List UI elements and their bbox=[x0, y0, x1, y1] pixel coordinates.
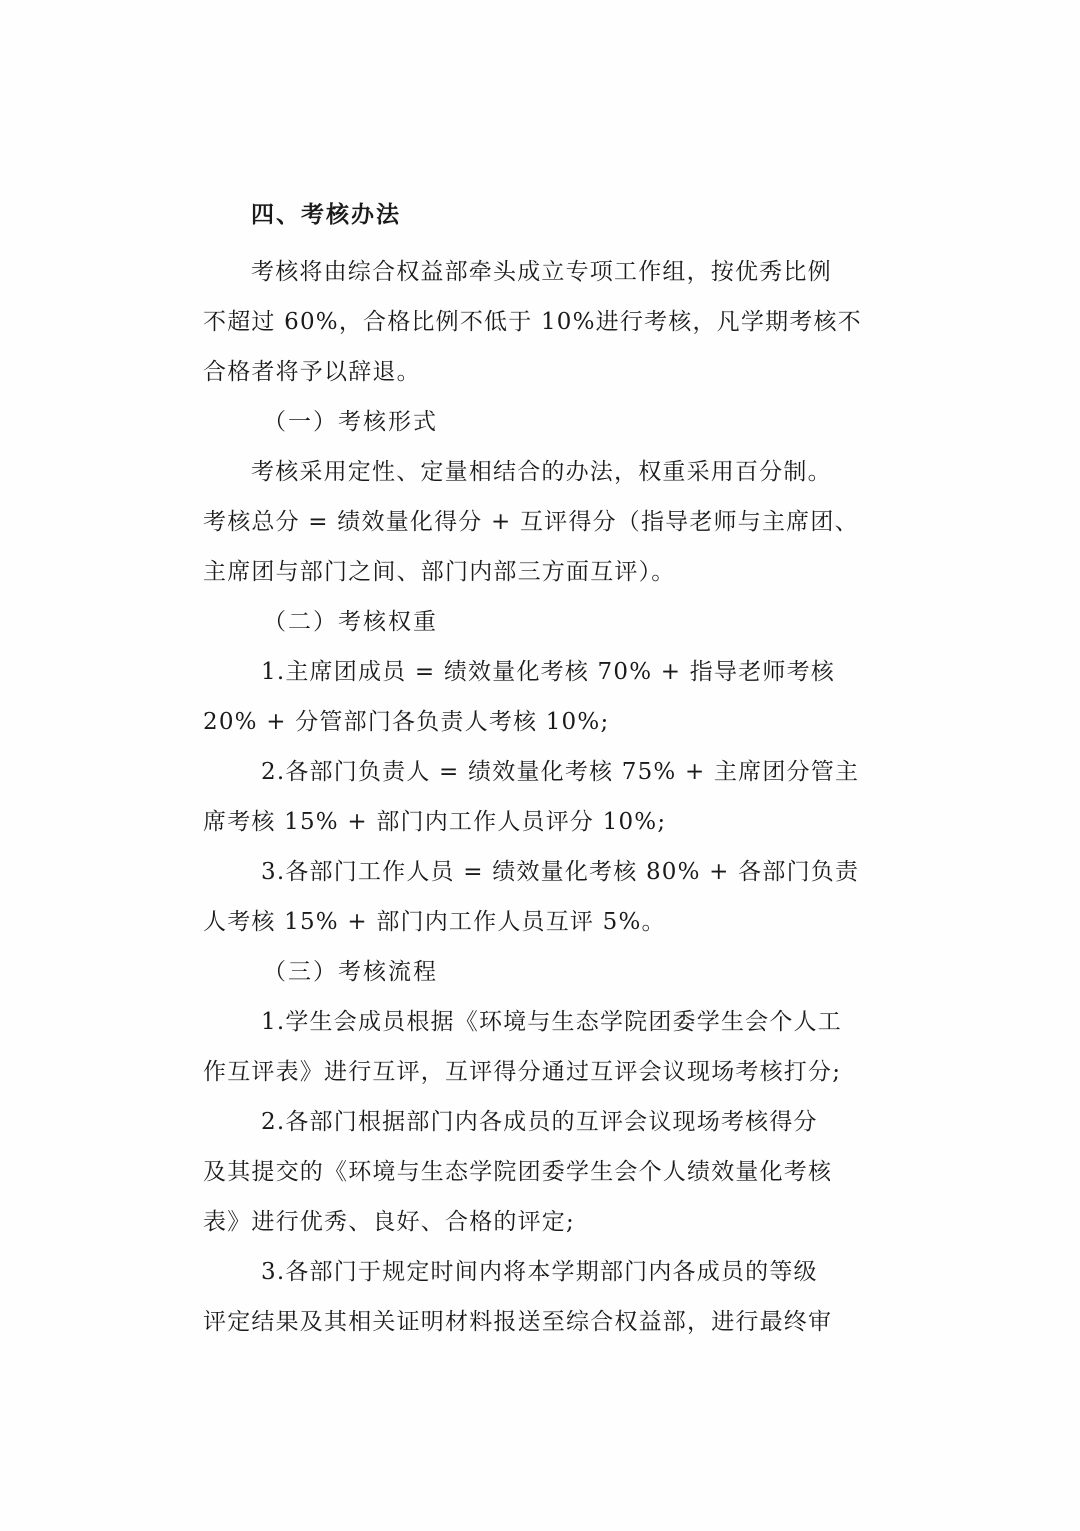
paragraph-line: 3.各部门于规定时间内将本学期部门内各成员的等级 bbox=[203, 1247, 883, 1297]
paragraph-line: 2.各部门根据部门内各成员的互评会议现场考核得分 bbox=[203, 1097, 883, 1147]
assessment-form-paragraph: 考核采用定性、定量相结合的办法，权重采用百分制。 考核总分 = 绩效量化得分 +… bbox=[203, 447, 883, 597]
process-item-3: 3.各部门于规定时间内将本学期部门内各成员的等级 评定结果及其相关证明材料报送至… bbox=[203, 1247, 883, 1347]
weight-item-2: 2.各部门负责人 = 绩效量化考核 75% + 主席团分管主 席考核 15% +… bbox=[203, 747, 883, 847]
paragraph-line: 20% + 分管部门各负责人考核 10%; bbox=[203, 697, 883, 747]
intro-paragraph: 考核将由综合权益部牵头成立专项工作组，按优秀比例 不超过 60%，合格比例不低于… bbox=[203, 247, 883, 397]
paragraph-line: 人考核 15% + 部门内工作人员互评 5%。 bbox=[203, 897, 883, 947]
section-heading: 四、考核办法 bbox=[203, 195, 883, 247]
paragraph-line: 评定结果及其相关证明材料报送至综合权益部，进行最终审 bbox=[203, 1297, 883, 1347]
paragraph-line: 1.学生会成员根据《环境与生态学院团委学生会个人工 bbox=[203, 997, 883, 1047]
paragraph-line: 作互评表》进行互评，互评得分通过互评会议现场考核打分; bbox=[203, 1047, 883, 1097]
paragraph-line: 1.主席团成员 = 绩效量化考核 70% + 指导老师考核 bbox=[203, 647, 883, 697]
weight-item-3: 3.各部门工作人员 = 绩效量化考核 80% + 各部门负责 人考核 15% +… bbox=[203, 847, 883, 947]
document-body: 四、考核办法 考核将由综合权益部牵头成立专项工作组，按优秀比例 不超过 60%，… bbox=[203, 195, 883, 1347]
document-page: 四、考核办法 考核将由综合权益部牵头成立专项工作组，按优秀比例 不超过 60%，… bbox=[0, 0, 1080, 1531]
subsection-heading-weight: （二）考核权重 bbox=[203, 597, 883, 647]
process-item-1: 1.学生会成员根据《环境与生态学院团委学生会个人工 作互评表》进行互评，互评得分… bbox=[203, 997, 883, 1097]
process-item-2: 2.各部门根据部门内各成员的互评会议现场考核得分 及其提交的《环境与生态学院团委… bbox=[203, 1097, 883, 1247]
paragraph-line: 考核采用定性、定量相结合的办法，权重采用百分制。 bbox=[203, 447, 883, 497]
paragraph-line: 主席团与部门之间、部门内部三方面互评）。 bbox=[203, 547, 883, 597]
paragraph-line: 2.各部门负责人 = 绩效量化考核 75% + 主席团分管主 bbox=[203, 747, 883, 797]
weight-item-1: 1.主席团成员 = 绩效量化考核 70% + 指导老师考核 20% + 分管部门… bbox=[203, 647, 883, 747]
paragraph-line: 不超过 60%，合格比例不低于 10%进行考核，凡学期考核不 bbox=[203, 297, 883, 347]
paragraph-line: 表》进行优秀、良好、合格的评定; bbox=[203, 1197, 883, 1247]
subsection-heading-form: （一）考核形式 bbox=[203, 397, 883, 447]
paragraph-line: 考核总分 = 绩效量化得分 + 互评得分（指导老师与主席团、 bbox=[203, 497, 883, 547]
paragraph-line: 席考核 15% + 部门内工作人员评分 10%; bbox=[203, 797, 883, 847]
subsection-heading-process: （三）考核流程 bbox=[203, 947, 883, 997]
paragraph-line: 合格者将予以辞退。 bbox=[203, 347, 883, 397]
paragraph-line: 3.各部门工作人员 = 绩效量化考核 80% + 各部门负责 bbox=[203, 847, 883, 897]
paragraph-line: 及其提交的《环境与生态学院团委学生会个人绩效量化考核 bbox=[203, 1147, 883, 1197]
paragraph-line: 考核将由综合权益部牵头成立专项工作组，按优秀比例 bbox=[203, 247, 883, 297]
